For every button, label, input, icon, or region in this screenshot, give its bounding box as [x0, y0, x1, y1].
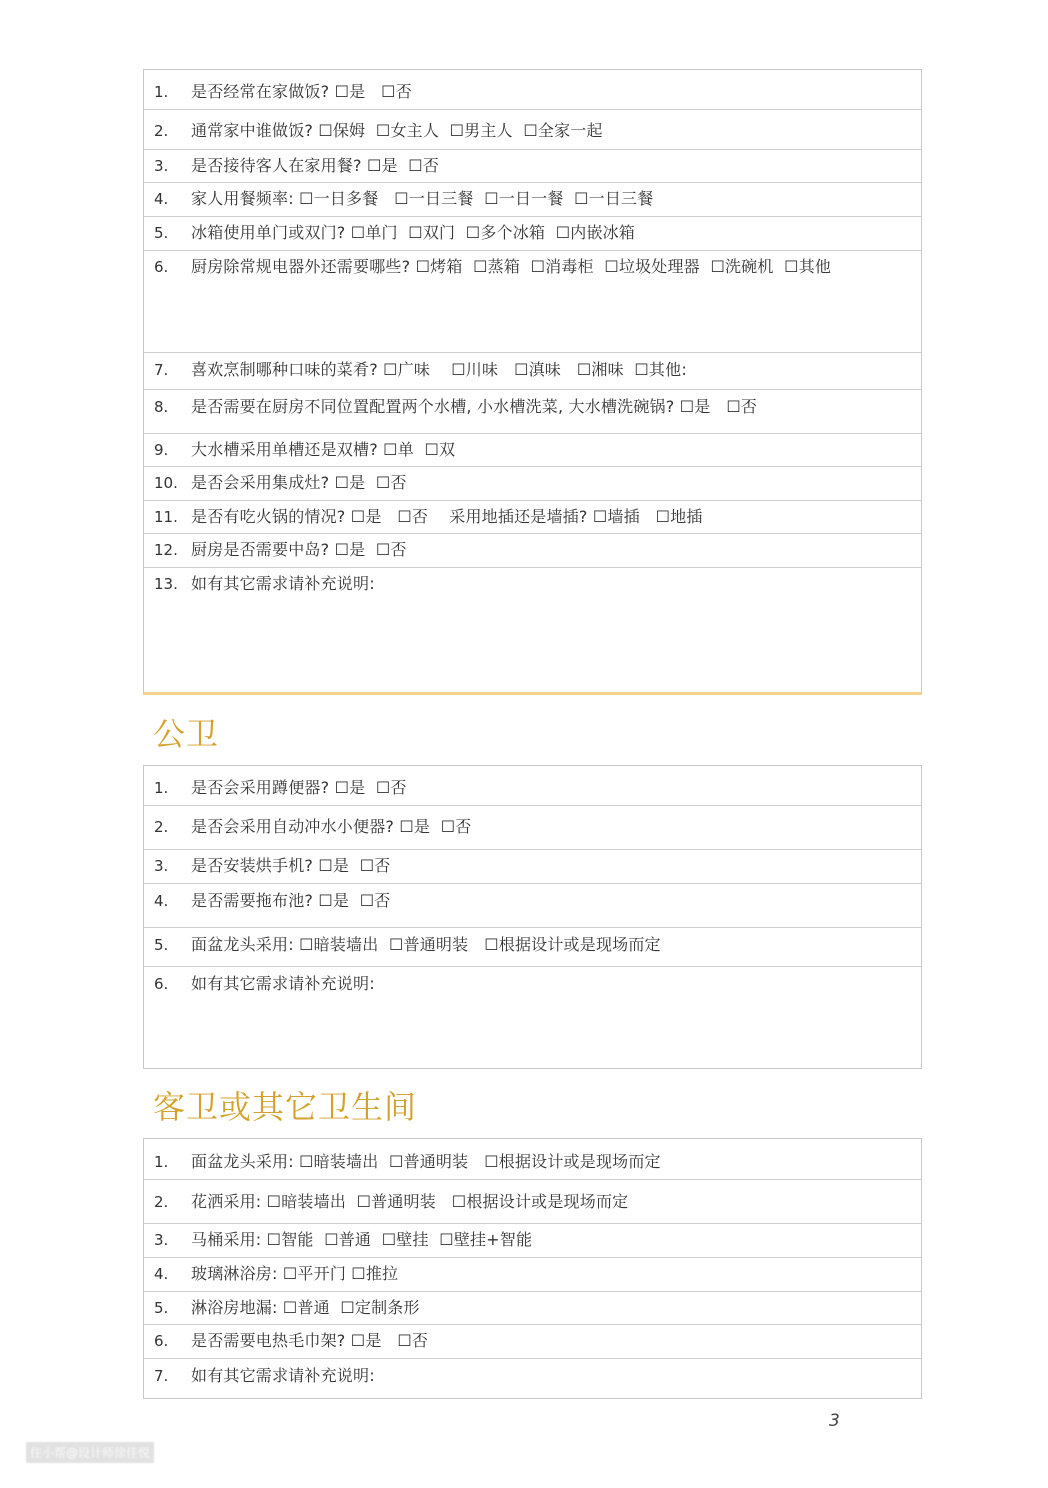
guest-bathroom-row-6: 6. 是否需要电热毛巾架? ☐是 ☐否 — [144, 1324, 921, 1358]
row-number: 12. — [154, 540, 188, 560]
row-number: 1. — [154, 778, 188, 798]
question-text[interactable]: 是否有吃火锅的情况? ☐是 ☐否 采用地插还是墙插? ☐墙插 ☐地插 — [191, 507, 703, 527]
row-number: 13. — [154, 574, 188, 594]
question-text[interactable]: 如有其它需求请补充说明: — [191, 1366, 375, 1386]
question-text[interactable]: 喜欢烹制哪种口味的菜肴? ☐广味 ☐川味 ☐滇味 ☐湘味 ☐其他: — [191, 360, 687, 380]
kitchen-row-3: 3. 是否接待客人在家用餐? ☐是 ☐否 — [144, 149, 921, 182]
public-bathroom-row-4: 4. 是否需要拖布池? ☐是 ☐否 — [144, 883, 921, 927]
row-number: 4. — [154, 189, 188, 209]
kitchen-row-5: 5. 冰箱使用单门或双门? ☐单门 ☐双门 ☐多个冰箱 ☐内嵌冰箱 — [144, 216, 921, 250]
question-text[interactable]: 玻璃淋浴房: ☐平开门 ☐推拉 — [191, 1264, 398, 1284]
row-number: 6. — [154, 257, 188, 277]
question-text[interactable]: 马桶采用: ☐智能 ☐普通 ☐壁挂 ☐壁挂+智能 — [191, 1230, 532, 1250]
public-bathroom-row-5: 5. 面盆龙头采用: ☐暗装墙出 ☐普通明装 ☐根据设计或是现场而定 — [144, 927, 921, 966]
question-text[interactable]: 是否会采用自动冲水小便器? ☐是 ☐否 — [191, 817, 471, 837]
kitchen-row-9: 9. 大水槽采用单槽还是双槽? ☐单 ☐双 — [144, 433, 921, 466]
row-number: 4. — [154, 1264, 188, 1284]
row-number: 1. — [154, 1152, 188, 1172]
kitchen-row-4: 4. 家人用餐频率: ☐一日多餐 ☐一日三餐 ☐一日一餐 ☐一日三餐 — [144, 182, 921, 216]
public-bathroom-row-3: 3. 是否安装烘手机? ☐是 ☐否 — [144, 849, 921, 883]
watermark: 住小帮@设计师徐佳悦 — [26, 1442, 154, 1463]
row-number: 2. — [154, 121, 188, 141]
question-text[interactable]: 如有其它需求请补充说明: — [191, 974, 375, 994]
question-text[interactable]: 冰箱使用单门或双门? ☐单门 ☐双门 ☐多个冰箱 ☐内嵌冰箱 — [191, 223, 635, 243]
kitchen-row-10: 10. 是否会采用集成灶? ☐是 ☐否 — [144, 466, 921, 500]
question-text[interactable]: 厨房除常规电器外还需要哪些? ☐烤箱 ☐蒸箱 ☐消毒柜 ☐垃圾处理器 ☐洗碗机 … — [191, 257, 831, 277]
question-text[interactable]: 是否接待客人在家用餐? ☐是 ☐否 — [191, 156, 439, 176]
row-number: 4. — [154, 891, 188, 911]
row-number: 10. — [154, 473, 188, 493]
question-text[interactable]: 通常家中谁做饭? ☐保姆 ☐女主人 ☐男主人 ☐全家一起 — [191, 121, 603, 141]
row-number: 6. — [154, 1331, 188, 1351]
question-text[interactable]: 是否需要拖布池? ☐是 ☐否 — [191, 891, 390, 911]
kitchen-row-13: 13. 如有其它需求请补充说明: — [144, 567, 921, 692]
row-number: 2. — [154, 817, 188, 837]
row-number: 9. — [154, 440, 188, 460]
kitchen-row-11: 11. 是否有吃火锅的情况? ☐是 ☐否 采用地插还是墙插? ☐墙插 ☐地插 — [144, 500, 921, 533]
row-number: 3. — [154, 1230, 188, 1250]
row-number: 11. — [154, 507, 188, 527]
guest-bathroom-row-4: 4. 玻璃淋浴房: ☐平开门 ☐推拉 — [144, 1257, 921, 1291]
question-text[interactable]: 是否会采用集成灶? ☐是 ☐否 — [191, 473, 407, 493]
question-text[interactable]: 面盆龙头采用: ☐暗装墙出 ☐普通明装 ☐根据设计或是现场而定 — [191, 1152, 661, 1172]
row-number: 3. — [154, 856, 188, 876]
question-text[interactable]: 淋浴房地漏: ☐普通 ☐定制条形 — [191, 1298, 420, 1318]
guest-bathroom-questionnaire-table: 1. 面盆龙头采用: ☐暗装墙出 ☐普通明装 ☐根据设计或是现场而定 2. 花洒… — [143, 1138, 922, 1399]
row-number: 5. — [154, 223, 188, 243]
section-title-guest-bathroom: 客卫或其它卫生间 — [153, 1082, 417, 1128]
row-number: 6. — [154, 974, 188, 994]
kitchen-row-12: 12. 厨房是否需要中岛? ☐是 ☐否 — [144, 533, 921, 567]
question-text[interactable]: 是否需要在厨房不同位置配置两个水槽, 小水槽洗菜, 大水槽洗碗锅? ☐是 ☐否 — [191, 397, 757, 417]
row-number: 3. — [154, 156, 188, 176]
row-number: 5. — [154, 935, 188, 955]
kitchen-row-8: 8. 是否需要在厨房不同位置配置两个水槽, 小水槽洗菜, 大水槽洗碗锅? ☐是 … — [144, 389, 921, 433]
row-number: 1. — [154, 82, 188, 102]
row-number: 8. — [154, 397, 188, 417]
question-text[interactable]: 家人用餐频率: ☐一日多餐 ☐一日三餐 ☐一日一餐 ☐一日三餐 — [191, 189, 653, 209]
guest-bathroom-row-1: 1. 面盆龙头采用: ☐暗装墙出 ☐普通明装 ☐根据设计或是现场而定 — [144, 1139, 921, 1179]
public-bathroom-row-6: 6. 如有其它需求请补充说明: — [144, 966, 921, 1068]
kitchen-questionnaire-table: 1. 是否经常在家做饭? ☐是 ☐否 2. 通常家中谁做饭? ☐保姆 ☐女主人 … — [143, 69, 922, 695]
kitchen-row-1: 1. 是否经常在家做饭? ☐是 ☐否 — [144, 70, 921, 109]
public-bathroom-row-1: 1. 是否会采用蹲便器? ☐是 ☐否 — [144, 766, 921, 805]
kitchen-row-7: 7. 喜欢烹制哪种口味的菜肴? ☐广味 ☐川味 ☐滇味 ☐湘味 ☐其他: — [144, 352, 921, 389]
guest-bathroom-row-2: 2. 花洒采用: ☐暗装墙出 ☐普通明装 ☐根据设计或是现场而定 — [144, 1179, 921, 1223]
question-text[interactable]: 厨房是否需要中岛? ☐是 ☐否 — [191, 540, 407, 560]
guest-bathroom-row-7: 7. 如有其它需求请补充说明: — [144, 1358, 921, 1398]
row-number: 7. — [154, 360, 188, 380]
question-text[interactable]: 如有其它需求请补充说明: — [191, 574, 375, 594]
question-text[interactable]: 是否经常在家做饭? ☐是 ☐否 — [191, 82, 412, 102]
question-text[interactable]: 大水槽采用单槽还是双槽? ☐单 ☐双 — [191, 440, 455, 460]
row-number: 5. — [154, 1298, 188, 1318]
page-number: 3 — [829, 1411, 840, 1431]
question-text[interactable]: 是否安装烘手机? ☐是 ☐否 — [191, 856, 390, 876]
public-bathroom-questionnaire-table: 1. 是否会采用蹲便器? ☐是 ☐否 2. 是否会采用自动冲水小便器? ☐是 ☐… — [143, 765, 922, 1069]
section-title-public-bathroom: 公卫 — [153, 709, 219, 755]
question-text[interactable]: 面盆龙头采用: ☐暗装墙出 ☐普通明装 ☐根据设计或是现场而定 — [191, 935, 661, 955]
question-text[interactable]: 花洒采用: ☐暗装墙出 ☐普通明装 ☐根据设计或是现场而定 — [191, 1192, 628, 1212]
public-bathroom-row-2: 2. 是否会采用自动冲水小便器? ☐是 ☐否 — [144, 805, 921, 849]
question-text[interactable]: 是否会采用蹲便器? ☐是 ☐否 — [191, 778, 407, 798]
question-text[interactable]: 是否需要电热毛巾架? ☐是 ☐否 — [191, 1331, 428, 1351]
row-number: 2. — [154, 1192, 188, 1212]
row-number: 7. — [154, 1366, 188, 1386]
kitchen-row-6: 6. 厨房除常规电器外还需要哪些? ☐烤箱 ☐蒸箱 ☐消毒柜 ☐垃圾处理器 ☐洗… — [144, 250, 921, 352]
guest-bathroom-row-5: 5. 淋浴房地漏: ☐普通 ☐定制条形 — [144, 1291, 921, 1324]
kitchen-row-2: 2. 通常家中谁做饭? ☐保姆 ☐女主人 ☐男主人 ☐全家一起 — [144, 109, 921, 149]
guest-bathroom-row-3: 3. 马桶采用: ☐智能 ☐普通 ☐壁挂 ☐壁挂+智能 — [144, 1223, 921, 1257]
